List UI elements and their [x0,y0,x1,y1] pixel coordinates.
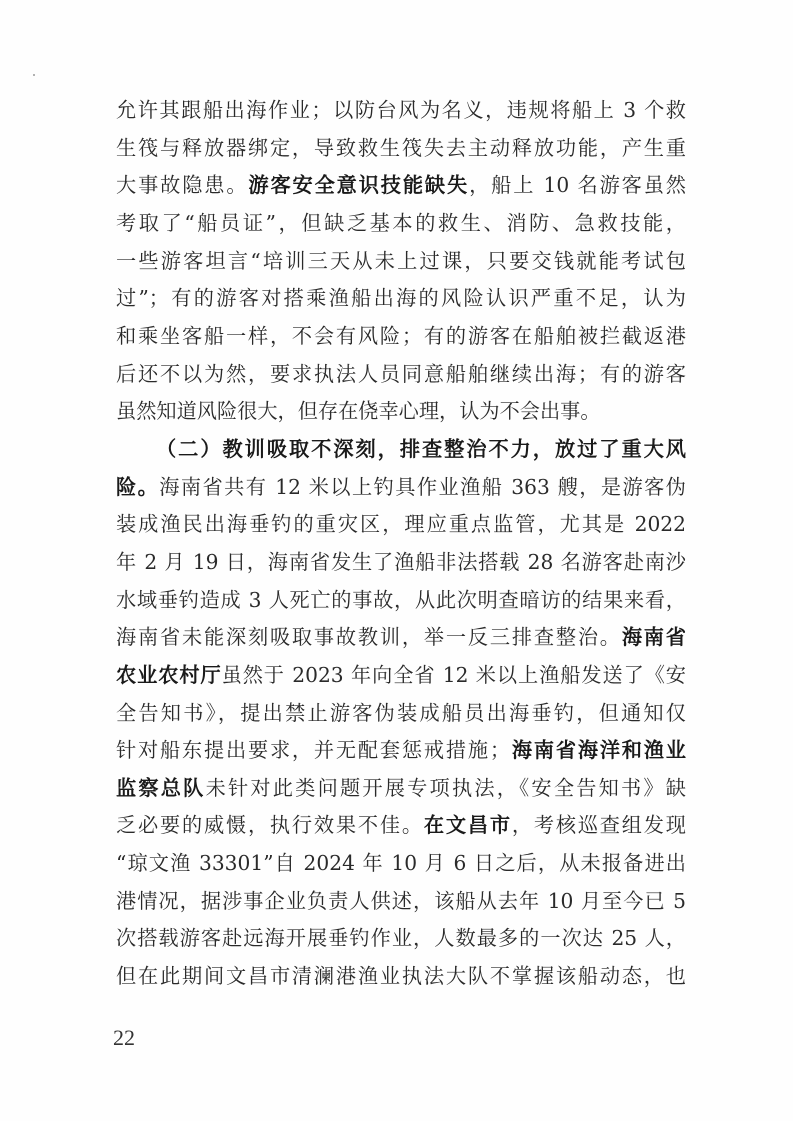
text-line: 农业农村厅虽然于 2023 年向全省 12 米以上渔船发送了《安 [116,657,686,695]
scan-speck [33,74,35,76]
text-segment: 虽然于 2023 年向全省 12 米以上渔船发送了《安 [222,663,686,687]
document-page: 允许其跟船出海作业；以防台风为名义，违规将船上 3 个救生筏与释放器绑定，导致救… [0,0,793,1121]
bold-text-segment: 在文昌市 [424,813,512,837]
bold-text-segment: （二）教训吸取不深刻，排查整治不力，放过了重大风 [156,437,686,461]
bold-text-segment: 海南省海洋和渔业 [510,738,686,762]
text-line: 水域垂钓造成 3 人死亡的事故，从此次明查暗访的结果来看， [116,582,686,620]
text-line: 后还不以为然，要求执法人员同意船舶继续出海；有的游客 [116,356,686,394]
text-line: 针对船东提出要求，并无配套惩戒措施；海南省海洋和渔业 [116,732,686,770]
text-segment: 港情况，据涉事企业负责人供述，该船从去年 10 月至今已 5 [116,889,686,913]
text-line: 全告知书》，提出禁止游客伪装成船员出海垂钓，但通知仅 [116,695,686,733]
text-line: 装成渔民出海垂钓的重灾区，理应重点监管，尤其是 2022 [116,506,686,544]
page-number: 22 [113,1025,135,1051]
text-segment: ，船上 10 名游客虽然 [469,173,686,197]
text-line: 大事故隐患。游客安全意识技能缺失，船上 10 名游客虽然 [116,167,686,205]
text-segment: 海南省未能深刻吸取事故教训，举一反三排查整治。 [116,625,622,649]
text-line: 过”；有的游客对搭乘渔船出海的风险认识严重不足，认为 [116,280,686,318]
text-segment: 全告知书》，提出禁止游客伪装成船员出海垂钓，但通知仅 [116,701,686,725]
bold-text-segment: 监察总队 [116,776,206,800]
text-segment: 年 2 月 19 日，海南省发生了渔船非法搭载 28 名游客赴南沙 [116,550,686,574]
text-segment: 大事故隐患。 [116,173,248,197]
text-segment: 装成渔民出海垂钓的重灾区，理应重点监管，尤其是 2022 [116,512,686,536]
text-line: 港情况，据涉事企业负责人供述，该船从去年 10 月至今已 5 [116,883,686,921]
text-segment: 次搭载游客赴远海开展垂钓作业，人数最多的一次达 25 人， [116,926,686,950]
text-segment: 水域垂钓造成 3 人死亡的事故，从此次明查暗访的结果来看， [116,588,686,612]
text-line: 次搭载游客赴远海开展垂钓作业，人数最多的一次达 25 人， [116,920,686,958]
text-segment: 后还不以为然，要求执法人员同意船舶继续出海；有的游客 [116,362,686,386]
text-line: 乏必要的威慑，执行效果不佳。在文昌市，考核巡查组发现 [116,807,686,845]
text-line: 年 2 月 19 日，海南省发生了渔船非法搭载 28 名游客赴南沙 [116,544,686,582]
text-line: 海南省未能深刻吸取事故教训，举一反三排查整治。海南省 [116,619,686,657]
text-line: “琼文渔 33301”自 2024 年 10 月 6 日之后，从未报备进出 [116,845,686,883]
text-line: 和乘坐客船一样，不会有风险；有的游客在船舶被拦截返港 [116,318,686,356]
text-segment: 过”；有的游客对搭乘渔船出海的风险认识严重不足，认为 [116,286,686,310]
text-segment: 未针对此类问题开展专项执法，《安全告知书》缺 [206,776,686,800]
text-segment: 虽然知道风险很大，但存在侥幸心理，认为不会出事。 [116,399,601,423]
text-line: 监察总队未针对此类问题开展专项执法，《安全告知书》缺 [116,770,686,808]
text-segment: 海南省共有 12 米以上钓具作业渔船 363 艘，是游客伪 [159,475,686,499]
text-line: （二）教训吸取不深刻，排查整治不力，放过了重大风 [116,431,686,469]
text-segment: “琼文渔 33301”自 2024 年 10 月 6 日之后，从未报备进出 [116,851,686,875]
text-segment: ，考核巡查组发现 [512,813,686,837]
text-segment: 考取了“船员证”，但缺乏基本的救生、消防、急救技能， [116,211,686,235]
body-text: 允许其跟船出海作业；以防台风为名义，违规将船上 3 个救生筏与释放器绑定，导致救… [116,92,686,996]
bold-text-segment: 海南省 [622,625,686,649]
text-line: 一些游客坦言“培训三天从未上过课，只要交钱就能考试包 [116,243,686,281]
text-line: 允许其跟船出海作业；以防台风为名义，违规将船上 3 个救 [116,92,686,130]
text-line: 生筏与释放器绑定，导致救生筏失去主动释放功能，产生重 [116,130,686,168]
text-segment: 允许其跟船出海作业；以防台风为名义，违规将船上 3 个救 [116,98,686,122]
text-segment: 但在此期间文昌市清澜港渔业执法大队不掌握该船动态，也 [116,964,686,988]
text-line: 险。海南省共有 12 米以上钓具作业渔船 363 艘，是游客伪 [116,469,686,507]
text-segment: 和乘坐客船一样，不会有风险；有的游客在船舶被拦截返港 [116,324,686,348]
text-segment: 乏必要的威慑，执行效果不佳。 [116,813,424,837]
text-line: 考取了“船员证”，但缺乏基本的救生、消防、急救技能， [116,205,686,243]
bold-text-segment: 险。 [116,475,159,499]
text-segment: 生筏与释放器绑定，导致救生筏失去主动释放功能，产生重 [116,136,686,160]
text-line: 但在此期间文昌市清澜港渔业执法大队不掌握该船动态，也 [116,958,686,996]
text-segment: 一些游客坦言“培训三天从未上过课，只要交钱就能考试包 [116,249,686,273]
text-line: 虽然知道风险很大，但存在侥幸心理，认为不会出事。 [116,393,686,431]
bold-text-segment: 农业农村厅 [116,663,222,687]
text-segment: 针对船东提出要求，并无配套惩戒措施； [116,738,510,762]
bold-text-segment: 游客安全意识技能缺失 [248,173,469,197]
